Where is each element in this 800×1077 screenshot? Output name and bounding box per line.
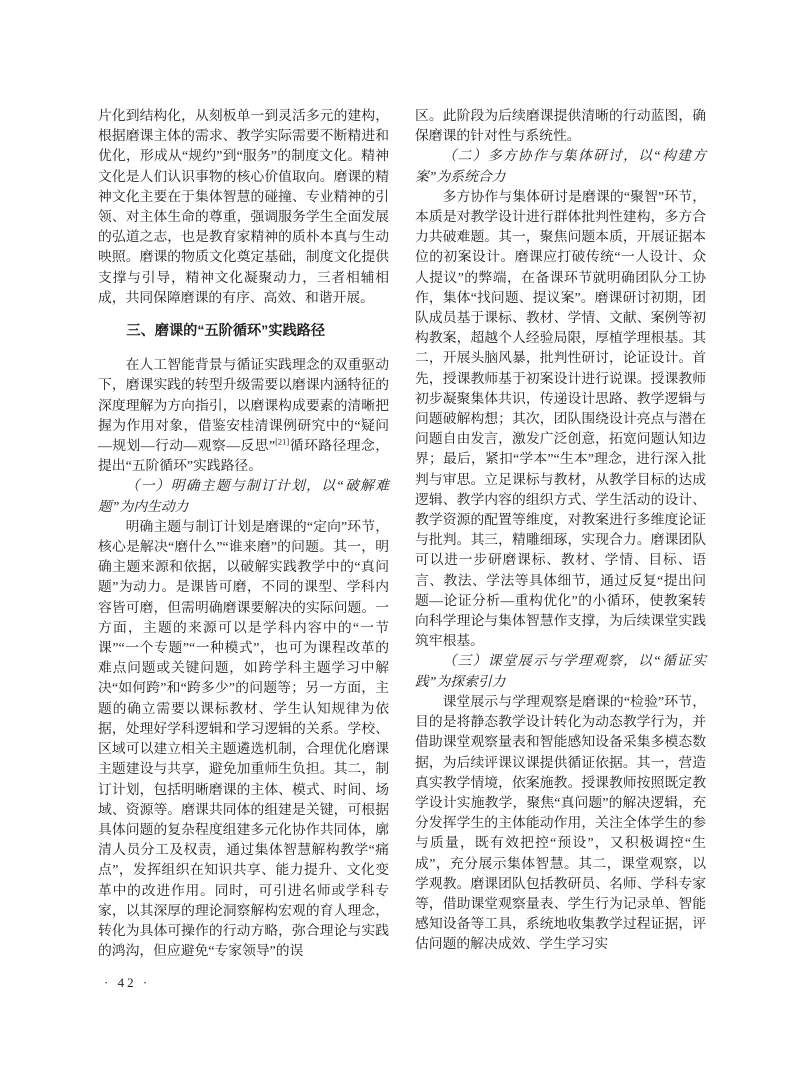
section-heading-three: 三、磨课的“五阶循环”实践路径 [98,321,389,341]
subsection-heading-two: （二）多方协作与集体研讨，以“构建方案”为系统合力 [415,146,706,186]
page-number: · 42 · [104,975,150,991]
left-column: 片化到结构化，从刻板单一到灵活多元的建构，根据磨课主体的需求、教学实际需要不断精… [98,106,389,961]
subsection-heading-one: （一）明确主题与制订计划，以“破解难题”为内生动力 [98,476,389,516]
paragraph-subsection-one: 明确主题与制订计划是磨课的“定向”环节，核心是解决“磨什么”“谁来磨”的问题。其… [98,517,389,961]
paragraph-section-intro: 在人工智能背景与循证实践理念的双重驱动下，磨课实践的转型升级需要以磨课内涵特征的… [98,355,389,476]
paragraph-subsection-two: 多方协作与集体研讨是磨课的“聚智”环节，本质是对教学设计进行群体批判性建构，多方… [415,187,706,652]
right-column: 区。此阶段为后续磨课提供清晰的行动蓝图，确保磨课的针对性与系统性。 （二）多方协… [415,106,706,961]
text-columns: 片化到结构化，从刻板单一到灵活多元的建构，根据磨课主体的需求、教学实际需要不断精… [98,106,706,961]
subsection-heading-three: （三）课堂展示与学理观察，以“循证实践”为探索引力 [415,651,706,691]
paragraph-subsection-three: 课堂展示与学理观察是磨课的“检验”环节，目的是将静态教学设计转化为动态教学行为，… [415,692,706,955]
journal-page: 片化到结构化，从刻板单一到灵活多元的建构，根据磨课主体的需求、教学实际需要不断精… [0,0,800,1077]
paragraph-material-culture-continuation: 片化到结构化，从刻板单一到灵活多元的建构，根据磨课主体的需求、教学实际需要不断精… [98,106,389,308]
citation-superscript-21: [21] [275,436,289,446]
paragraph-blueprint-continuation: 区。此阶段为后续磨课提供清晰的行动蓝图，确保磨课的针对性与系统性。 [415,106,706,146]
